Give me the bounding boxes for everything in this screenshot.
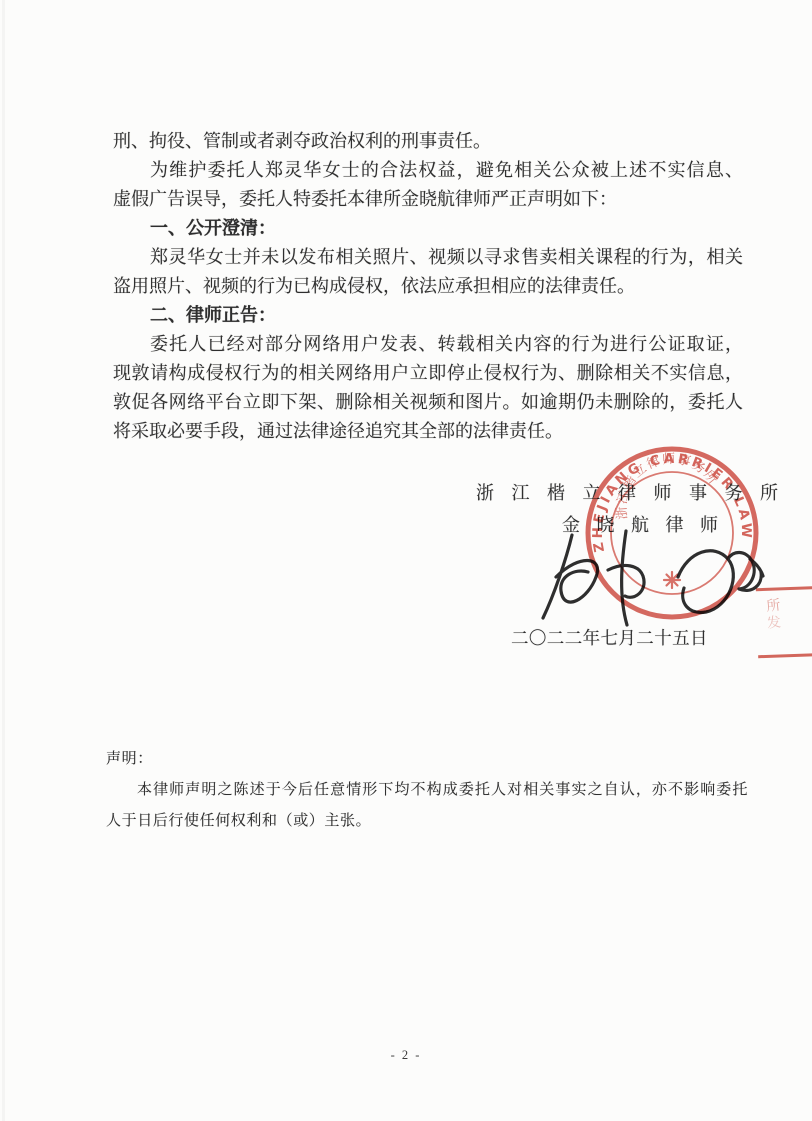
disclaimer-label: 声明：: [106, 744, 748, 775]
body-line: 虚假广告误导，委托人特委托本律所金晓航律师严正声明如下：: [113, 185, 743, 214]
section-heading-public-clarification: 一、公开澄清：: [113, 214, 743, 243]
disclaimer-line: 人于日后行使任何权利和（或）主张。: [106, 806, 748, 837]
document-body: 刑、拘役、管制或者剥夺政治权利的刑事责任。 为维护委托人郑灵华女士的合法权益，避…: [113, 127, 743, 446]
page-number: - 2 -: [0, 1048, 812, 1063]
scan-edge-artifact: [2, 0, 5, 1121]
scanned-document-page: 刑、拘役、管制或者剥夺政治权利的刑事责任。 为维护委托人郑灵华女士的合法权益，避…: [0, 0, 812, 1121]
body-line: 郑灵华女士并未以发布相关照片、视频以寻求售卖相关课程的行为，相关: [113, 243, 743, 272]
disclaimer-note: 声明： 本律师声明之陈述于今后任意情形下均不构成委托人对相关事实之自认，亦不影响…: [106, 744, 748, 837]
body-line: 为维护委托人郑灵华女士的合法权益，避免相关公众被上述不实信息、: [113, 156, 743, 185]
disclaimer-line: 本律师声明之陈述于今后任意情形下均不构成委托人对相关事实之自认，亦不影响委托: [106, 775, 748, 806]
body-line: 刑、拘役、管制或者剥夺政治权利的刑事责任。: [113, 127, 743, 156]
body-line: 敦促各网络平台立即下架、删除相关视频和图片。如逾期仍未删除的，委托人: [113, 388, 743, 417]
body-line: 现敦请构成侵权行为的相关网络用户立即停止侵权行为、删除相关不实信息，: [113, 359, 743, 388]
section-heading-lawyer-warning: 二、律师正告：: [113, 301, 743, 330]
body-line: 将采取必要手段，通过法律途径追究其全部的法律责任。: [113, 417, 743, 446]
body-line: 委托人已经对部分网络用户发表、转载相关内容的行为进行公证取证，: [113, 330, 743, 359]
partial-stamp-fragment: 所 发: [756, 586, 812, 658]
handwritten-signature: [530, 515, 780, 640]
body-line: 盗用照片、视频的行为已构成侵权，依法应承担相应的法律责任。: [113, 272, 743, 301]
